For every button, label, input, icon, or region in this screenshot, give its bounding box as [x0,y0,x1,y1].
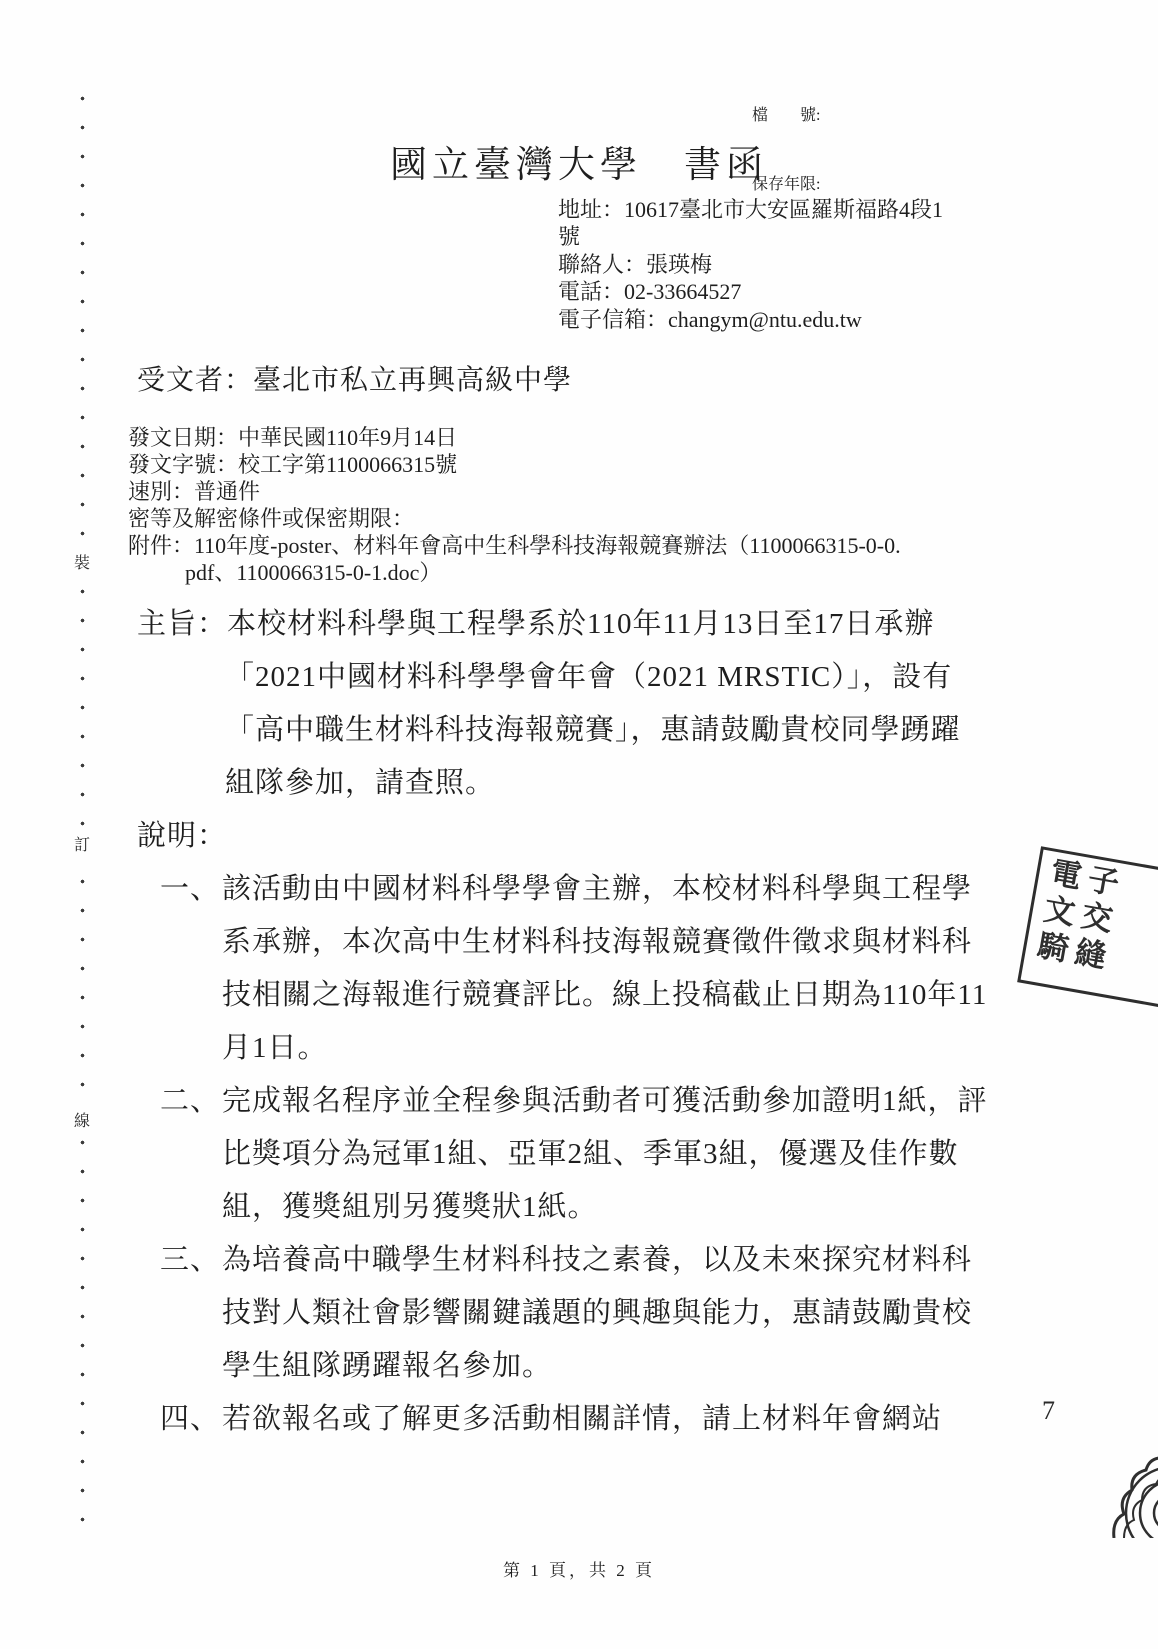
security-class: 密等及解密條件或保密期限： [128,505,901,532]
binding-dotted-line: 裝 訂 線 [79,84,86,1530]
binding-mark-zhuang: 裝 [73,550,91,573]
issue-date: 發文日期：中華民國110年9月14日 [128,424,901,451]
page-footer: 第 1 頁，共 2 頁 [0,1556,1158,1581]
sender-address-line1: 地址：10617臺北市大安區羅斯福路4段1 [558,196,943,223]
document-body: 主旨：本校材料科學與工程學系於110年11月13日至17日承辦 「2021中國材… [137,598,1047,1446]
binding-mark-xian: 線 [73,1108,91,1131]
item-number: 二、 [160,1075,222,1128]
item-number: 四、 [160,1393,222,1446]
explanation-item-2: 二、完成報名程序並全程參與活動者可獲活動參加證明1紙，評 比獎項分為冠軍1組、亞… [160,1075,1047,1234]
item-line: 該活動由中國材料科學學會主辦，本校材料科學與工程學 [222,873,972,905]
item-line: 若欲報名或了解更多活動相關詳情，請上材料年會網站 [222,1403,942,1435]
explanation-heading: 說明： [137,810,1047,863]
file-number-label: 檔 號: [752,104,820,127]
subject-paragraph: 主旨：本校材料科學與工程學系於110年11月13日至17日承辦 「2021中國材… [137,598,1047,810]
explanation-item-3: 三、為培養高中職學生材料科技之素養，以及未來探究材料科 技對人類社會影響關鍵議題… [160,1234,1047,1393]
item-line: 完成報名程序並全程參與活動者可獲活動參加證明1紙，評 [222,1085,988,1117]
flower-seal-stamp [1072,1428,1158,1538]
subject-line-3: 「高中職生材料科技海報競賽」，惠請鼓勵貴校同學踴躍 [225,704,1047,757]
document-title: 國立臺灣大學 書函 [0,134,1158,188]
item-line: 組，獲獎組別另獲獎狀1紙。 [222,1181,1047,1234]
item-line: 比獎項分為冠軍1組、亞軍2組、季軍3組，優選及佳作數 [222,1128,1047,1181]
sender-address-line2: 號 [558,223,943,250]
binding-mark-ding: 訂 [73,832,91,855]
item-number: 一、 [160,863,222,916]
page-number-stamp: 7 [1042,1396,1055,1426]
document-meta-block: 發文日期：中華民國110年9月14日 發文字號：校工字第1100066315號 … [128,424,901,586]
subject-line-1: 本校材料科學與工程學系於110年11月13日至17日承辦 [227,608,934,640]
item-line: 系承辦，本次高中生材料科技海報競賽徵件徵求與材料科 [222,916,1047,969]
item-line: 技對人類社會影響關鍵議題的興趣與能力，惠請鼓勵貴校 [222,1287,1047,1340]
attachment-line1: 附件：110年度-poster、材料年會高中生科學科技海報競賽辦法（110006… [128,532,901,559]
explanation-item-4: 四、若欲報名或了解更多活動相關詳情，請上材料年會網站 [160,1393,1047,1446]
sender-contact-person: 聯絡人：張瑛梅 [558,251,943,278]
subject-label: 主旨： [137,598,227,651]
item-line: 為培養高中職學生材料科技之素養，以及未來探究材料科 [222,1244,972,1276]
attachment-line2: pdf、1100066315-0-1.doc） [185,559,901,586]
subject-line-2: 「2021中國材料科學學會年會（2021 MRSTIC）」，設有 [225,651,1047,704]
scanned-official-letter-page: 裝 訂 線 檔 號: 保存年限: 國立臺灣大學 書函 地址：10617臺北市大安… [0,0,1158,1649]
sender-phone: 電話：02-33664527 [558,278,943,305]
document-number: 發文字號：校工字第1100066315號 [128,451,901,478]
explanation-item-1: 一、該活動由中國材料科學學會主辦，本校材料科學與工程學 系承辦，本次高中生材料科… [160,863,1047,1075]
subject-line-4: 組隊參加，請查照。 [225,757,1047,810]
speed-class: 速別：普通件 [128,478,901,505]
recipient-line: 受文者：臺北市私立再興高級中學 [137,358,572,398]
sender-contact-block: 地址：10617臺北市大安區羅斯福路4段1 號 聯絡人：張瑛梅 電話：02-33… [558,196,943,333]
item-line: 技相關之海報進行競賽評比。線上投稿截止日期為110年11 [222,969,1047,1022]
item-number: 三、 [160,1234,222,1287]
item-line: 學生組隊踴躍報名參加。 [222,1340,1047,1393]
item-line: 月1日。 [222,1022,1047,1075]
electronic-exchange-seal-stamp: 電文騎 子交縫 [1017,846,1158,1008]
sender-email: 電子信箱：changym@ntu.edu.tw [558,306,943,333]
